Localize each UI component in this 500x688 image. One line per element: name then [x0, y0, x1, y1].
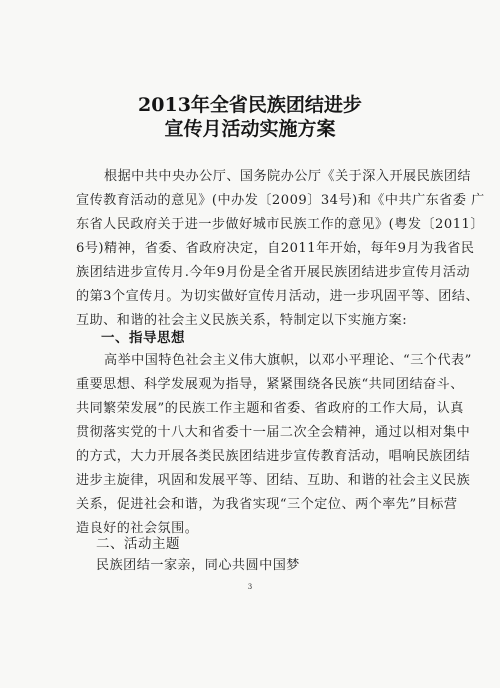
paragraph-line: 6号)精神，省委、省政府决定，自2011年开始，每年9月为我省民: [76, 240, 438, 258]
page-number: 3: [0, 583, 500, 591]
paragraph-line: 的方式，大力开展各类民族团结进步宣传教育活动，唱响民族团结: [76, 448, 438, 466]
activity-theme-text: 民族团结一家亲，同心共圆中国梦: [96, 557, 300, 575]
document-title-line-2: 宣传月活动实施方案: [0, 114, 500, 141]
document-page: 2013年全省民族团结进步 宣传月活动实施方案 根据中共中央办公厅、国务院办公厅…: [0, 0, 500, 688]
paragraph-line: 的第3个宣传月。为切实做好宣传月活动，进一步巩固平等、团结、: [76, 288, 438, 306]
paragraph-line: 东省人民政府关于进一步做好城市民族工作的意见》(粤发〔2011〕: [76, 216, 438, 234]
section-heading-activity-theme: 二、活动主题: [96, 532, 180, 552]
paragraph-line: 贯彻落实党的十八大和省委十一届二次全会精神，通过以相对集中: [76, 424, 438, 442]
paragraph-line: 族团结进步宣传月.今年9月份是全省开展民族团结进步宣传月活动: [76, 264, 438, 282]
paragraph-line: 重要思想、科学发展观为指导，紧紧围绕各民族“共同团结奋斗、: [76, 376, 438, 394]
paragraph-line: 关系，促进社会和谐，为我省实现“三个定位、两个率先”目标营: [76, 496, 438, 514]
document-title-line-1: 2013年全省民族团结进步: [0, 90, 500, 117]
paragraph-line: 宣传教育活动的意见》(中办发〔2009〕34号)和《中共广东省委 广: [76, 192, 438, 210]
paragraph-line: 进步主旋律，巩固和发展平等、团结、互助、和谐的社会主义民族: [76, 472, 438, 490]
paragraph-line: 高举中国特色社会主义伟大旗帜，以邓小平理论、“三个代表”: [104, 352, 438, 370]
paragraph-line: 共同繁荣发展”的民族工作主题和省委、省政府的工作大局，认真: [76, 400, 438, 418]
paragraph-line: 根据中共中央办公厅、国务院办公厅《关于深入开展民族团结: [104, 168, 438, 186]
section-heading-guiding-ideology: 一、指导思想: [101, 326, 185, 346]
